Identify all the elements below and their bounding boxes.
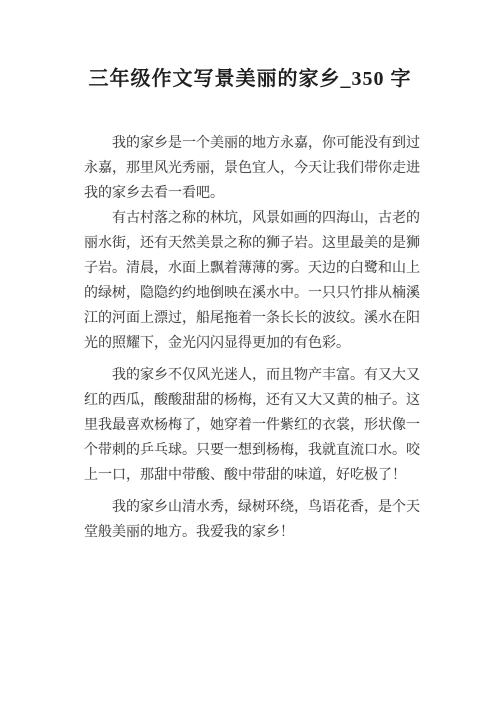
paragraph-closing: 我的家乡山清水秀，绿树环绕，鸟语花香，是个天堂般美丽的地方。我爱我的家乡！	[84, 495, 420, 545]
document-page: 三年级作文写景美丽的家乡_350 字 我的家乡是一个美丽的地方永嘉，你可能没有到…	[0, 0, 500, 708]
paragraph-intro: 我的家乡是一个美丽的地方永嘉，你可能没有到过永嘉，那里风光秀丽，景色宜人，今天让…	[84, 131, 420, 206]
paragraph-produce: 我的家乡不仅风光迷人，而且物产丰富。有又大又红的西瓜，酸酸甜甜的杨梅，还有又大又…	[84, 363, 420, 488]
document-body: 我的家乡是一个美丽的地方永嘉，你可能没有到过永嘉，那里风光秀丽，景色宜人，今天让…	[0, 131, 500, 545]
document-title: 三年级作文写景美丽的家乡_350 字	[0, 0, 500, 94]
paragraph-scenery: 有古村落之称的林坑，风景如画的四海山，古老的丽水街，还有天然美景之称的狮子岩。这…	[84, 206, 420, 356]
